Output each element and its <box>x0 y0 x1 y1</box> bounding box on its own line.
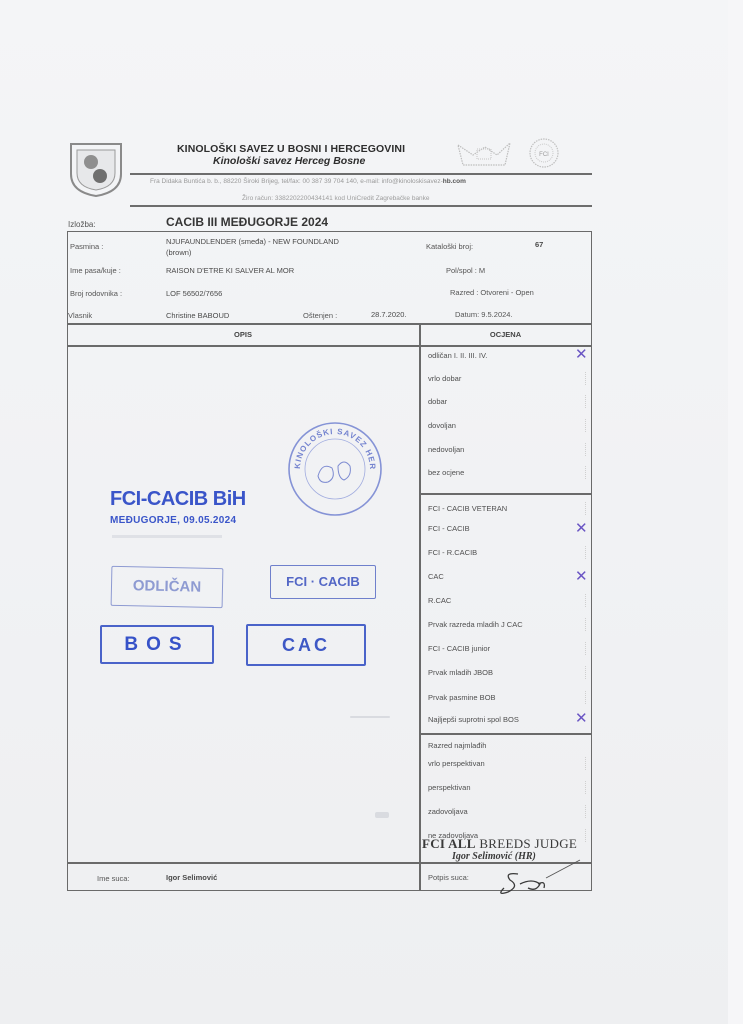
title-r-cacib: FCI - R.CACIB <box>428 548 477 557</box>
fci-logo: FCI <box>528 137 560 169</box>
title-checkbox <box>575 691 586 704</box>
puppy-checkbox <box>575 757 586 770</box>
title-checkbox <box>575 666 586 679</box>
grade-checkbox <box>575 372 586 385</box>
divider <box>67 345 592 347</box>
round-stamp-text: KINOLOŠKI SAVEZ HERCEG BOSNE <box>286 420 377 470</box>
scan-smudge <box>375 812 389 818</box>
sex-field: Pol/spol : M <box>446 266 485 275</box>
breed-value-line1: NJUFAUNDLENDER (smeđa) - NEW FOUNDLAND <box>166 237 339 246</box>
grade-no-rating: bez ocjene <box>428 468 464 477</box>
bos-stamp: BOS <box>100 625 214 664</box>
puppy-class-heading: Razred najmlađih <box>428 741 486 750</box>
title-cacib: FCI - CACIB <box>428 524 470 533</box>
signature-label: Potpis suca: <box>428 873 469 882</box>
title-junior-cac: Prvak razreda mladih J CAC <box>428 620 523 629</box>
description-column-header: OPIS <box>67 330 419 339</box>
check-mark-icon: ✕ <box>575 711 588 726</box>
judge-stamp-rest: BREEDS JUDGE <box>476 836 577 851</box>
grade-sufficient: dovoljan <box>428 421 456 430</box>
faint-mark <box>112 535 222 538</box>
divider <box>420 733 592 735</box>
title-r-cac: R.CAC <box>428 596 451 605</box>
puppy-satisfactory: zadovoljava <box>428 807 468 816</box>
event-stamp-place-date: MEĐUGORJE, 09.05.2024 <box>110 515 236 526</box>
address-text: Fra Didaka Buntića b. b., 88220 Široki B… <box>150 178 443 185</box>
puppy-promising: perspektivan <box>428 783 471 792</box>
organization-subtitle: Kinološki savez Herceg Bosne <box>213 155 365 167</box>
cacib-stamp: FCI · CACIB <box>270 565 376 599</box>
scan-smudge <box>350 716 390 718</box>
svg-text:KINOLOŠKI SAVEZ HERCEG BOSNE: KINOLOŠKI SAVEZ HERCEG BOSNE <box>286 420 377 470</box>
catalog-number: 67 <box>535 240 543 249</box>
title-checkbox <box>575 594 586 607</box>
title-checkbox <box>575 618 586 631</box>
grading-column-header: OCJENA <box>420 330 591 339</box>
event-stamp-title: FCI-CACIB BiH <box>110 488 246 511</box>
cac-stamp: CAC <box>246 624 366 666</box>
puppy-checkbox <box>575 781 586 794</box>
grade-checkbox <box>575 395 586 408</box>
dog-name-value: RAISON D'ETRE KI SALVER AL MOR <box>166 266 294 275</box>
grade-very-good: vrlo dobar <box>428 374 461 383</box>
grade-insufficient: nedovoljan <box>428 445 464 454</box>
check-mark-icon: ✕ <box>575 569 588 584</box>
puppy-very-promising: vrlo perspektivan <box>428 759 485 768</box>
breed-label: Pasmina : <box>70 242 103 251</box>
show-label: Izložba: <box>68 220 96 229</box>
grade-checkbox <box>575 419 586 432</box>
title-cac: CAC <box>428 572 444 581</box>
owner-value: Christine BABOUD <box>166 311 229 320</box>
judge-stamp-bold: FCI ALL <box>422 836 476 851</box>
check-mark-icon: ✕ <box>575 521 588 536</box>
title-jbob: Prvak mladih JBOB <box>428 668 493 677</box>
title-bob: Prvak pasmine BOB <box>428 693 496 702</box>
judge-signature <box>480 858 590 898</box>
bank-account-line: Žiro račun: 3382202200434141 kod UniCred… <box>242 195 430 202</box>
pedigree-label: Broj rodovnika : <box>70 289 122 298</box>
title-cacib-veteran: FCI - CACIB VETERAN <box>428 504 507 513</box>
born-label: Oštenjen : <box>303 311 337 320</box>
grade-checkbox <box>575 443 586 456</box>
title-bos: Najljepši suprotni spol BOS <box>428 715 519 724</box>
dog-name-label: Ime pasa/kuje : <box>70 266 121 275</box>
pedigree-value: LOF 56502/7656 <box>166 289 222 298</box>
svg-text:FCI: FCI <box>539 152 549 158</box>
header-rule-top <box>130 173 592 175</box>
judge-name-label: Ime suca: <box>97 874 130 883</box>
divider <box>67 323 592 325</box>
grade-stamp: ODLIČAN <box>111 566 224 608</box>
title-checkbox <box>575 546 586 559</box>
address-line: Fra Didaka Buntića b. b., 88220 Široki B… <box>150 178 590 185</box>
judge-name-value: Igor Selimović <box>166 873 217 882</box>
title-cacib-junior: FCI - CACIB junior <box>428 644 490 653</box>
title-checkbox <box>575 642 586 655</box>
header-rule-bottom <box>130 205 592 207</box>
judge-stamp-title: FCI ALL BREEDS JUDGE <box>422 836 577 852</box>
class-field: Razred : Otvoreni - Open <box>450 288 534 297</box>
grade-excellent: odličan I. II. III. IV. <box>428 351 487 360</box>
owner-label: Vlasnik <box>68 311 92 320</box>
title-checkbox <box>575 502 586 515</box>
club-crest-logo <box>67 140 125 198</box>
organization-title: KINOLOŠKI SAVEZ U BOSNI I HERCEGOVINI <box>177 143 405 155</box>
check-mark-icon: ✕ <box>575 347 588 362</box>
grade-good: dobar <box>428 397 447 406</box>
puppy-checkbox <box>575 805 586 818</box>
divider <box>420 493 592 495</box>
grade-checkbox <box>575 466 586 479</box>
show-name: CACIB III MEĐUGORJE 2024 <box>166 215 328 229</box>
column-divider <box>419 323 421 890</box>
address-domain: hb.com <box>443 178 466 185</box>
breed-value-line2: (brown) <box>166 248 191 257</box>
date-field: Datum: 9.5.2024. <box>455 310 513 319</box>
dog-emblem-logo <box>455 139 513 169</box>
page-edge <box>728 0 743 1024</box>
club-round-stamp: KINOLOŠKI SAVEZ HERCEG BOSNE <box>286 420 384 518</box>
catalog-label: Kataloški broj: <box>426 242 473 251</box>
born-value: 28.7.2020. <box>371 310 406 319</box>
